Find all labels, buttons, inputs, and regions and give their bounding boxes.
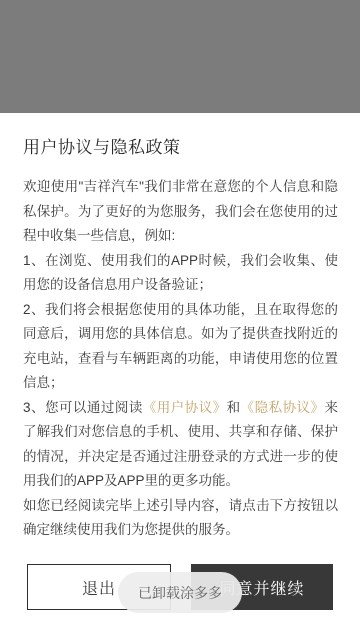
user-agreement-link[interactable]: 《用户协议》 — [143, 400, 227, 415]
paragraph-item3: 3、您可以通过阅读《用户协议》和《隐私协议》来了解我们对您信息的手机、使用、共享… — [23, 396, 338, 494]
item3-text-and: 和 — [227, 400, 241, 415]
item3-text-before: 3、您可以通过阅读 — [23, 400, 143, 415]
paragraph-item2: 2、我们将会根据您使用的具体功能，且在取得您的同意后，调用您的具体信息。如为了提… — [23, 298, 338, 396]
toast-message: 已卸载涂多多 — [138, 583, 222, 603]
paragraph-footer: 如您已经阅读完毕上述引导内容，请点击下方按钮以确定继续使用我们为您提供的服务。 — [23, 494, 338, 543]
privacy-agreement-link[interactable]: 《隐私协议》 — [241, 400, 325, 415]
toast-notification: 已卸载涂多多 — [118, 572, 242, 613]
paragraph-intro: 欢迎使用"吉祥汽车"我们非常在意您的个人信息和隐私保护。为了更好的为您服务，我们… — [23, 175, 338, 249]
privacy-policy-dialog: 用户协议与隐私政策 欢迎使用"吉祥汽车"我们非常在意您的个人信息和隐私保护。为了… — [0, 113, 360, 640]
dimmed-backdrop — [0, 0, 360, 113]
paragraph-item1: 1、在浏览、使用我们的APP时候，我们会收集、使用您的设备信息用户设备验证； — [23, 249, 338, 298]
dialog-title: 用户协议与隐私政策 — [23, 136, 337, 160]
dialog-body: 欢迎使用"吉祥汽车"我们非常在意您的个人信息和隐私保护。为了更好的为您服务，我们… — [0, 175, 360, 543]
screen: 用户协议与隐私政策 欢迎使用"吉祥汽车"我们非常在意您的个人信息和隐私保护。为了… — [0, 0, 360, 640]
